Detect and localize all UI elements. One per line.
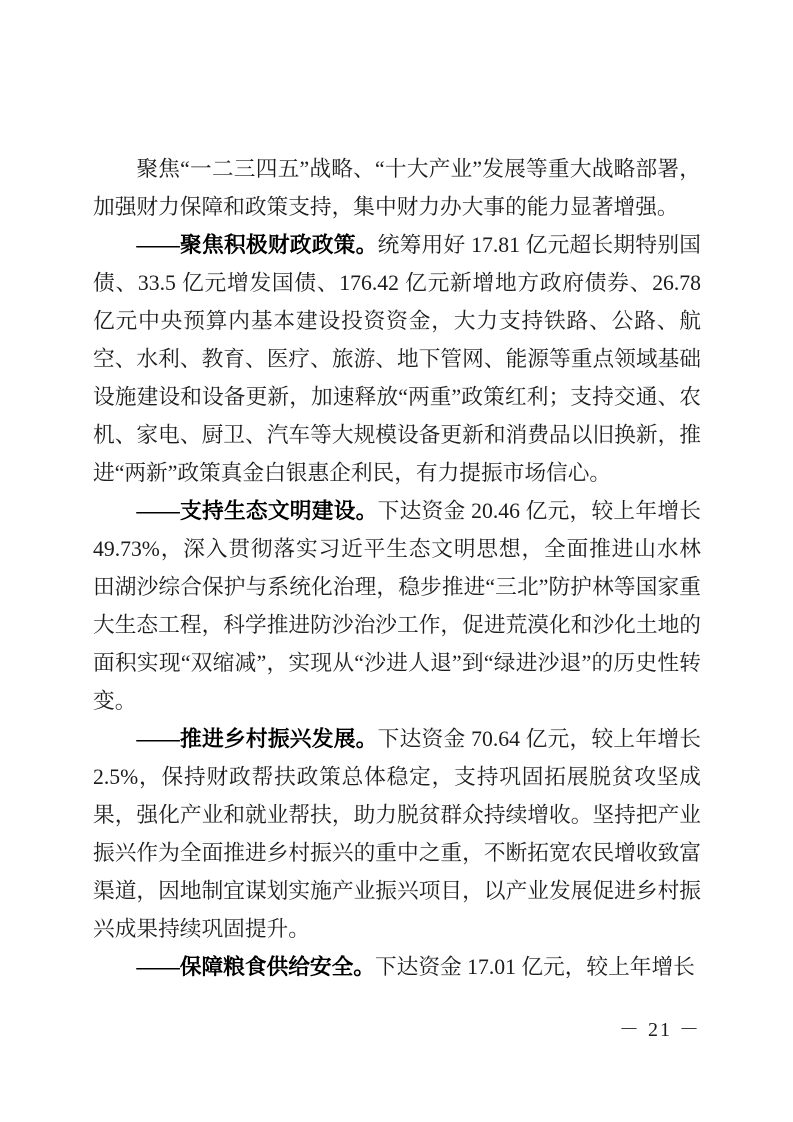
paragraph: ——支持生态文明建设。下达资金 20.46 亿元，较上年增长 49.73%，深入… xyxy=(93,492,701,720)
paragraph: ——保障粮食供给安全。下达资金 17.01 亿元，较上年增长 xyxy=(93,948,701,986)
page-number: － 21 － xyxy=(93,1018,701,1042)
paragraph-text: 下达资金 70.64 亿元，较上年增长 2.5%，保持财政帮扶政策总体稳定，支持… xyxy=(93,727,701,941)
paragraph-lead: ——聚焦积极财政政策。 xyxy=(136,233,377,257)
document-body: 聚焦“一二三四五”战略、“十大产业”发展等重大战略部署，加强财力保障和政策支持，… xyxy=(93,150,701,986)
paragraph-text: 统筹用好 17.81 亿元超长期特别国债、33.5 亿元增发国债、176.42 … xyxy=(93,233,701,485)
paragraph: ——推进乡村振兴发展。下达资金 70.64 亿元，较上年增长 2.5%，保持财政… xyxy=(93,720,701,948)
paragraph-lead: ——推进乡村振兴发展。 xyxy=(136,727,377,751)
paragraph: ——聚焦积极财政政策。统筹用好 17.81 亿元超长期特别国债、33.5 亿元增… xyxy=(93,226,701,492)
paragraph-lead: ——保障粮食供给安全。 xyxy=(136,955,375,979)
paragraph-lead: ——支持生态文明建设。 xyxy=(136,499,377,523)
paragraph-text: 下达资金 17.01 亿元，较上年增长 xyxy=(375,955,695,979)
document-page: 聚焦“一二三四五”战略、“十大产业”发展等重大战略部署，加强财力保障和政策支持，… xyxy=(0,0,793,1122)
paragraph: 聚焦“一二三四五”战略、“十大产业”发展等重大战略部署，加强财力保障和政策支持，… xyxy=(93,150,701,226)
paragraph-text: 下达资金 20.46 亿元，较上年增长 49.73%，深入贯彻落实习近平生态文明… xyxy=(93,499,701,713)
paragraph-text: 聚焦“一二三四五”战略、“十大产业”发展等重大战略部署，加强财力保障和政策支持，… xyxy=(93,157,701,219)
